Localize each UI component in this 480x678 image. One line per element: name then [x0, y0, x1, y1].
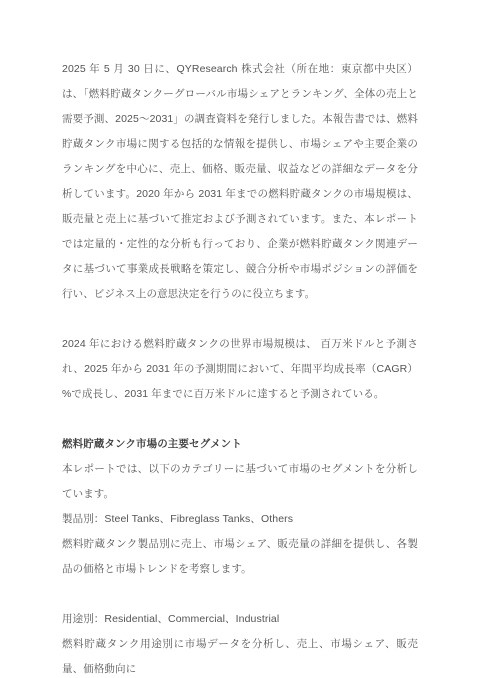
- paragraph-segment-analysis-intro: 本レポートでは、以下のカテゴリーに基づいて市場のセグメントを分析しています。: [62, 457, 418, 507]
- document-page: 2025 年 5 月 30 日に、QYResearch 株式会社（所在地：東京都…: [0, 0, 480, 678]
- document-body: 2025 年 5 月 30 日に、QYResearch 株式会社（所在地：東京都…: [62, 57, 418, 678]
- paragraph-press-release-intro: 2025 年 5 月 30 日に、QYResearch 株式会社（所在地：東京都…: [62, 57, 418, 307]
- heading-major-segments: 燃料貯蔵タンク市場の主要セグメント: [62, 432, 418, 457]
- paragraph-application-type-detail: 燃料貯蔵タンク用途別に市場データを分析し、売上、市場シェア、販売量、価格動向に: [62, 632, 418, 678]
- paragraph-product-type-list: 製品別：Steel Tanks、Fibreglass Tanks、Others: [62, 507, 418, 532]
- paragraph-product-type-detail: 燃料貯蔵タンク製品別に売上、市場シェア、販売量の詳細を提供し、各製品の価格と市場…: [62, 532, 418, 582]
- paragraph-market-size-forecast: 2024 年における燃料貯蔵タンクの世界市場規模は、 百万米ドルと予測され、20…: [62, 332, 418, 407]
- paragraph-application-type-list: 用途別：Residential、Commercial、Industrial: [62, 607, 418, 632]
